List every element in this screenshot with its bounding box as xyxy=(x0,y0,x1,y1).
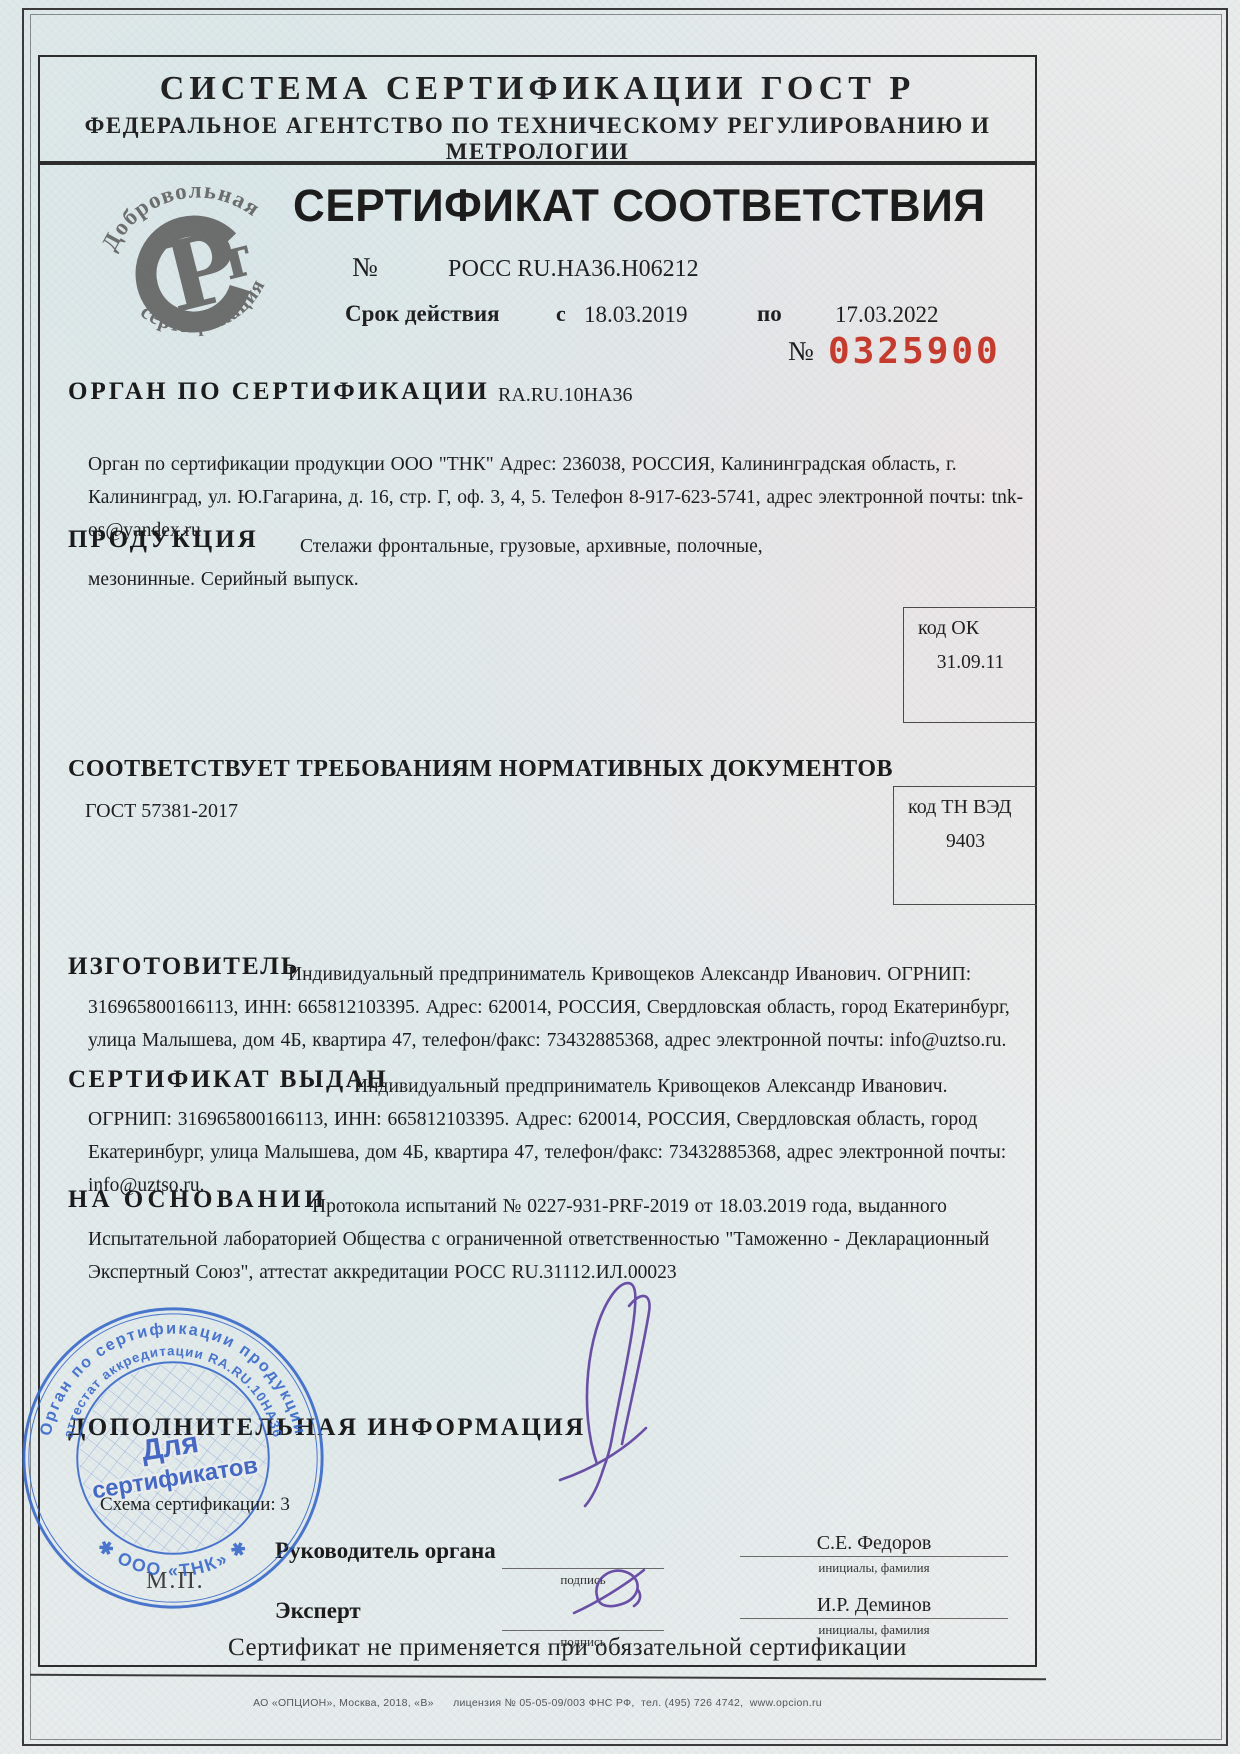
product-section-label: ПРОДУКЦИЯ xyxy=(68,526,259,554)
agency-title: ФЕДЕРАЛЬНОЕ АГЕНТСТВО ПО ТЕХНИЧЕСКОМУ РЕ… xyxy=(40,113,1035,165)
validity-to-date: 17.03.2022 xyxy=(835,302,939,328)
head-name-line xyxy=(740,1556,1008,1557)
footer-note: Сертификат не применяется при обязательн… xyxy=(228,1634,907,1662)
expert-signature-line xyxy=(502,1630,664,1631)
manufacturer-text: Индивидуальный предприниматель Кривощеко… xyxy=(88,958,1036,1057)
validity-from-date: 18.03.2019 xyxy=(584,302,688,328)
code-tnved-value: 9403 xyxy=(894,831,1037,853)
rst-logo-icon: Добровольная сертификация Р т xyxy=(84,174,306,376)
product-line1: Стелажи фронтальные, грузовые, архивные,… xyxy=(300,530,770,563)
header-box: СИСТЕМА СЕРТИФИКАЦИИ ГОСТ Р ФЕДЕРАЛЬНОЕ … xyxy=(38,55,1037,165)
body-accreditation-code: RA.RU.10HA36 xyxy=(498,384,632,407)
body-section-label: ОРГАН ПО СЕРТИФИКАЦИИ xyxy=(68,378,490,406)
system-title: СИСТЕМА СЕРТИФИКАЦИИ ГОСТ Р xyxy=(40,70,1035,108)
head-name: С.Е. Федоров xyxy=(740,1532,1008,1555)
certificate-page: СИСТЕМА СЕРТИФИКАЦИИ ГОСТ Р ФЕДЕРАЛЬНОЕ … xyxy=(0,0,1240,1754)
printer-fine-print: АО «ОПЦИОН», Москва, 2018, «В» лицензия … xyxy=(38,1697,1037,1709)
basis-text: Протокола испытаний № 0227-931-PRF-2019 … xyxy=(88,1190,1036,1289)
validity-label: Срок действия xyxy=(345,301,500,327)
expert-name-line xyxy=(740,1618,1008,1619)
code-ok-box: код ОК 31.09.11 xyxy=(903,607,1037,723)
code-ok-label: код ОК xyxy=(904,608,1037,640)
issued-to-text: Индивидуальный предприниматель Кривощеко… xyxy=(88,1070,1036,1202)
validity-to-label: по xyxy=(757,301,782,327)
certification-scheme: Схема сертификации: 3 xyxy=(100,1494,290,1516)
form-number-sign: № xyxy=(788,336,814,367)
head-name-caption: инициалы, фамилия xyxy=(740,1560,1008,1576)
validity-from-label: с xyxy=(556,301,566,327)
code-tnved-box: код ТН ВЭД 9403 xyxy=(893,786,1037,905)
expert-name: И.Р. Деминов xyxy=(740,1594,1008,1617)
form-number: 0325900 xyxy=(828,331,1001,372)
certificate-number: РОСС RU.HA36.H06212 xyxy=(448,256,699,283)
product-line2: мезонинные. Серийный выпуск. xyxy=(88,563,558,596)
code-tnved-label: код ТН ВЭД xyxy=(894,787,1037,819)
conformity-standard: ГОСТ 57381-2017 xyxy=(85,800,238,823)
conformity-section-label: СООТВЕТСТВУЕТ ТРЕБОВАНИЯМ НОРМАТИВНЫХ ДО… xyxy=(68,756,893,783)
head-signature-caption: подпись xyxy=(502,1572,664,1588)
head-signature-line xyxy=(502,1568,664,1569)
code-ok-value: 31.09.11 xyxy=(904,652,1037,674)
certificate-title: СЕРТИФИКАТ СООТВЕТСТВИЯ xyxy=(293,180,986,232)
certification-stamp: Орган по сертификации продукции аттестат… xyxy=(15,1300,331,1616)
number-sign: № xyxy=(352,252,378,283)
